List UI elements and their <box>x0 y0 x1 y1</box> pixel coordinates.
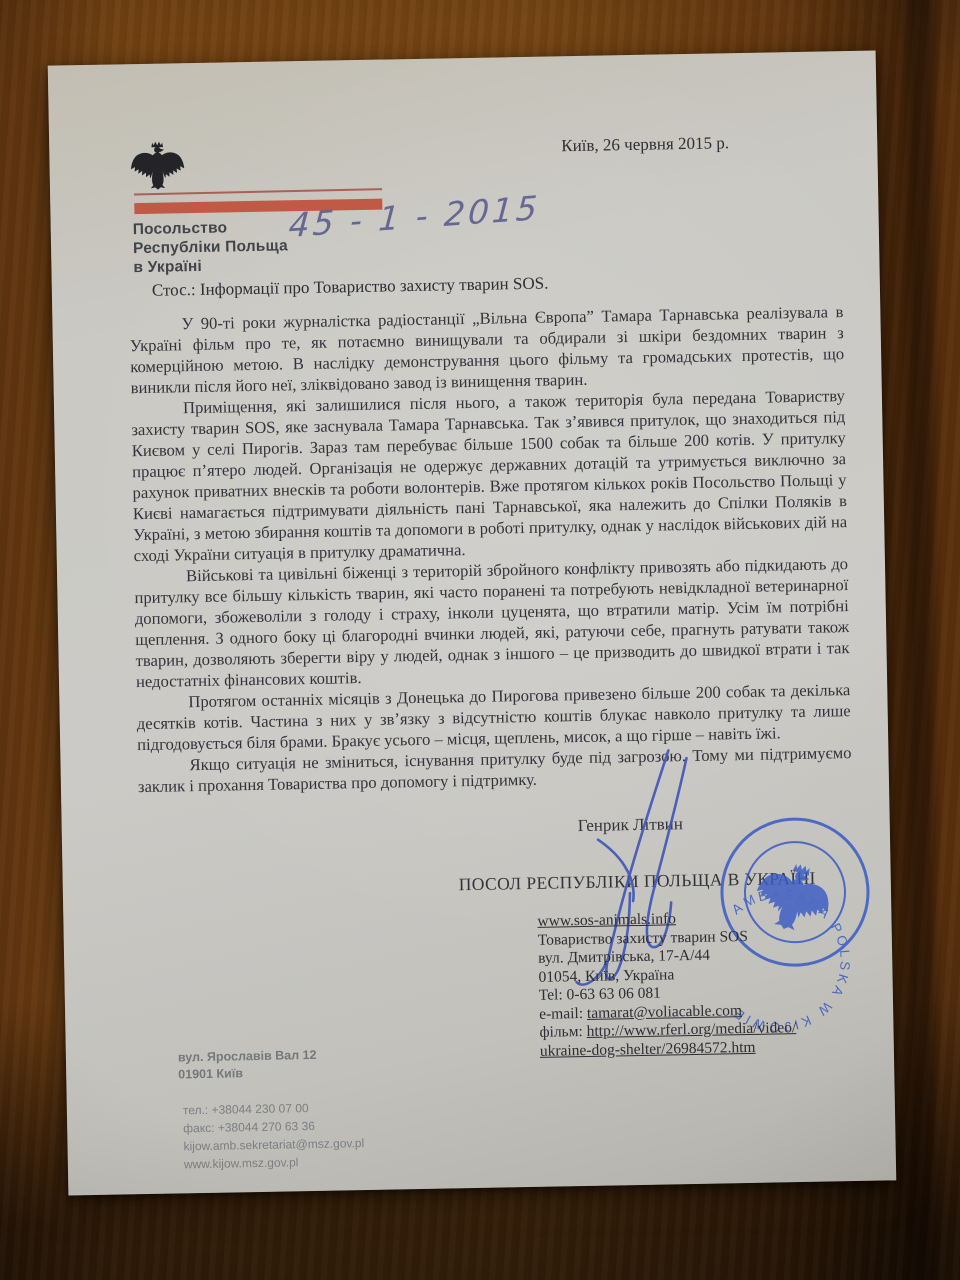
sos-email-link: tamarat@voliacable.com <box>587 1002 742 1022</box>
footer-email: kijow.amb.sekretariat@msz.gov.pl <box>183 1134 364 1155</box>
body-paragraph: Приміщення, які залишилися після нього, … <box>131 385 848 566</box>
footer-website: www.kijow.msz.gov.pl <box>184 1152 365 1173</box>
letterhead-line-3: в Україні <box>133 255 288 277</box>
table-shadow-band <box>896 0 942 1280</box>
contact-block: www.sos-animals.info Товариство захисту … <box>537 908 796 1061</box>
footer-street: вул. Ярославів Вал 12 <box>178 1047 317 1067</box>
footer-city: 01901 Київ <box>178 1064 317 1084</box>
body-paragraph: Військові та цивільні біженці з територі… <box>134 553 850 692</box>
subject-line: Стос.: Інформації про Товариство захисту… <box>152 274 549 301</box>
date-line: Київ, 26 червня 2015 р. <box>561 133 729 156</box>
letterhead-line-2: Республіки Польща <box>133 236 288 258</box>
film-label: фільм: <box>539 1023 586 1041</box>
letter-body: У 90-ті роки журналістка радіостанції „В… <box>129 301 852 797</box>
handwritten-reference-number: 45 - 1 - 2015 <box>287 188 541 245</box>
photo-of-letter: Посольство Республіки Польща в Україні 4… <box>0 0 960 1280</box>
email-label: e-mail: <box>539 1004 587 1022</box>
embassy-footer-contacts: тел.: +38044 230 07 00 факс: +38044 270 … <box>183 1098 365 1173</box>
sos-film-link-continued: ukraine-dog-shelter/26984572.htm <box>540 1038 797 1061</box>
embassy-footer-address: вул. Ярославів Вал 12 01901 Київ <box>178 1047 317 1084</box>
body-paragraph: У 90-ті роки журналістка радіостанції „В… <box>129 301 844 398</box>
letterhead-org-name: Посольство Республіки Польща в Україні <box>133 217 289 277</box>
sos-film-link: http://www.rferl.org/media/video/ <box>587 1019 797 1040</box>
letter-paper: Посольство Республіки Польща в Україні 4… <box>48 51 897 1196</box>
